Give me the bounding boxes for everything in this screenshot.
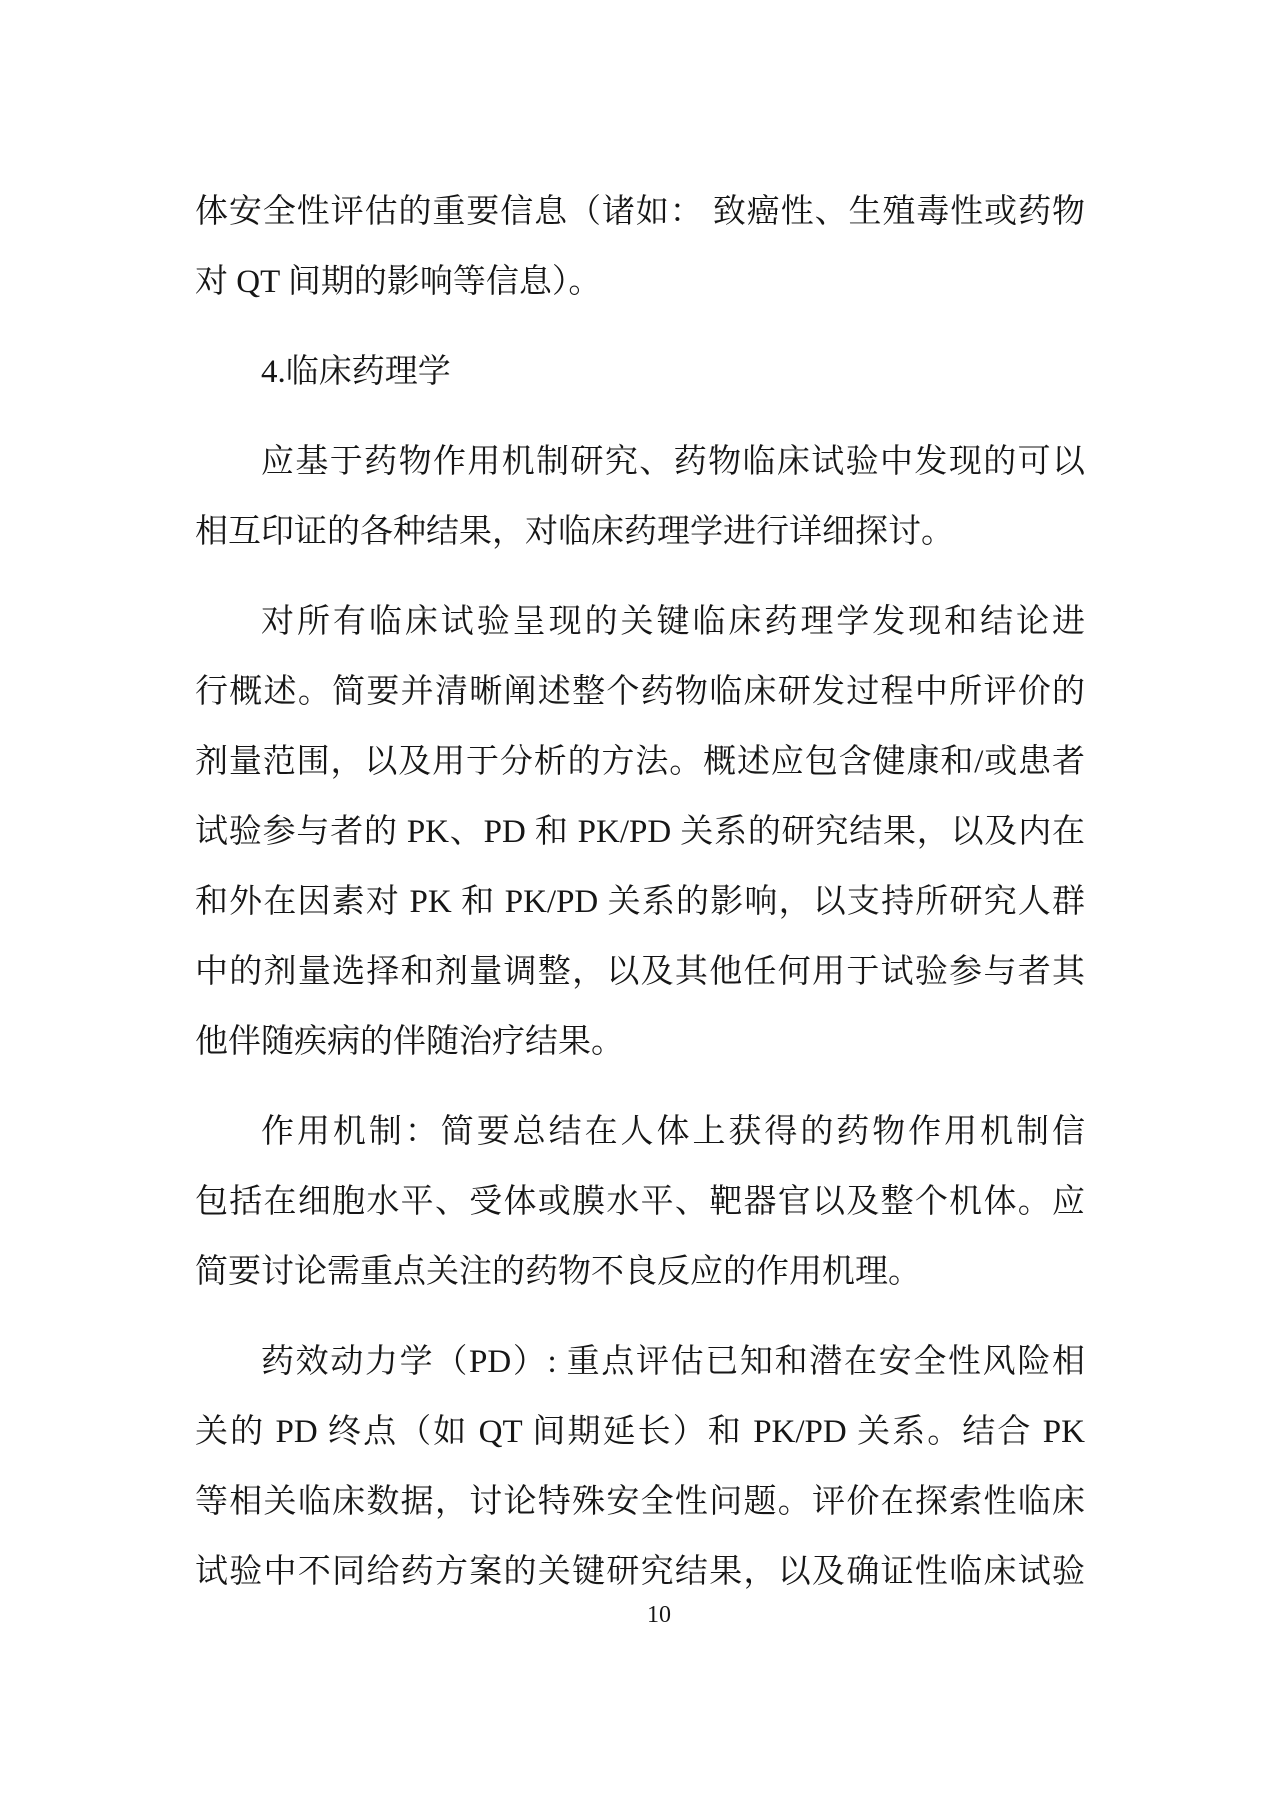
text-line: 应基于药物作用机制研究、药物临床试验中发现的可以 [195, 427, 1085, 497]
text-line: 作用机制：简要总结在人体上获得的药物作用机制信息， [195, 1097, 1085, 1167]
page-footer: 10 [195, 1598, 1085, 1638]
page-number: 10 [647, 1598, 671, 1632]
text-line: 对所有临床试验呈现的关键临床药理学发现和结论进 [195, 587, 1085, 657]
text-line: 试验中不同给药方案的关键研究结果，以及确证性临床试验 [195, 1537, 1085, 1607]
paragraph-section-heading: 4.临床药理学 [195, 337, 1085, 407]
text-line: 关的 PD 终点（如 QT 间期延长）和 PK/PD 关系。结合 PK [195, 1397, 1085, 1467]
text-line: 药效动力学（PD）: 重点评估已知和潜在安全性风险相 [195, 1327, 1085, 1397]
text-line: 行概述。简要并清晰阐述整个药物临床研发过程中所评价的 [195, 657, 1085, 727]
paragraph-body: 作用机制：简要总结在人体上获得的药物作用机制信息，包括在细胞水平、受体或膜水平、… [195, 1097, 1085, 1307]
text-line: 包括在细胞水平、受体或膜水平、靶器官以及整个机体。应 [195, 1167, 1085, 1237]
text-line: 体安全性评估的重要信息（诸如： 致癌性、生殖毒性或药物 [195, 177, 1085, 247]
text-line: 4.临床药理学 [195, 337, 1085, 407]
paragraph-body: 对所有临床试验呈现的关键临床药理学发现和结论进行概述。简要并清晰阐述整个药物临床… [195, 587, 1085, 1077]
text-line: 和外在因素对 PK 和 PK/PD 关系的影响，以支持所研究人群 [195, 867, 1085, 937]
text-line: 剂量范围，以及用于分析的方法。概述应包含健康和/或患者 [195, 727, 1085, 797]
document-body: 体安全性评估的重要信息（诸如： 致癌性、生殖毒性或药物对 QT 间期的影响等信息… [195, 177, 1085, 1607]
text-line: 中的剂量选择和剂量调整，以及其他任何用于试验参与者其 [195, 937, 1085, 1007]
text-line: 他伴随疾病的伴随治疗结果。 [195, 1007, 1085, 1077]
document-page: 体安全性评估的重要信息（诸如： 致癌性、生殖毒性或药物对 QT 间期的影响等信息… [0, 0, 1280, 1810]
text-line: 相互印证的各种结果，对临床药理学进行详细探讨。 [195, 497, 1085, 567]
text-line: 对 QT 间期的影响等信息）。 [195, 247, 1085, 317]
paragraph-body: 药效动力学（PD）: 重点评估已知和潜在安全性风险相关的 PD 终点（如 QT … [195, 1327, 1085, 1607]
text-line: 试验参与者的 PK、PD 和 PK/PD 关系的研究结果，以及内在 [195, 797, 1085, 867]
text-line: 简要讨论需重点关注的药物不良反应的作用机理。 [195, 1237, 1085, 1307]
paragraph-body-continuation: 体安全性评估的重要信息（诸如： 致癌性、生殖毒性或药物对 QT 间期的影响等信息… [195, 177, 1085, 317]
text-line: 等相关临床数据，讨论特殊安全性问题。评价在探索性临床 [195, 1467, 1085, 1537]
paragraph-body: 应基于药物作用机制研究、药物临床试验中发现的可以相互印证的各种结果，对临床药理学… [195, 427, 1085, 567]
